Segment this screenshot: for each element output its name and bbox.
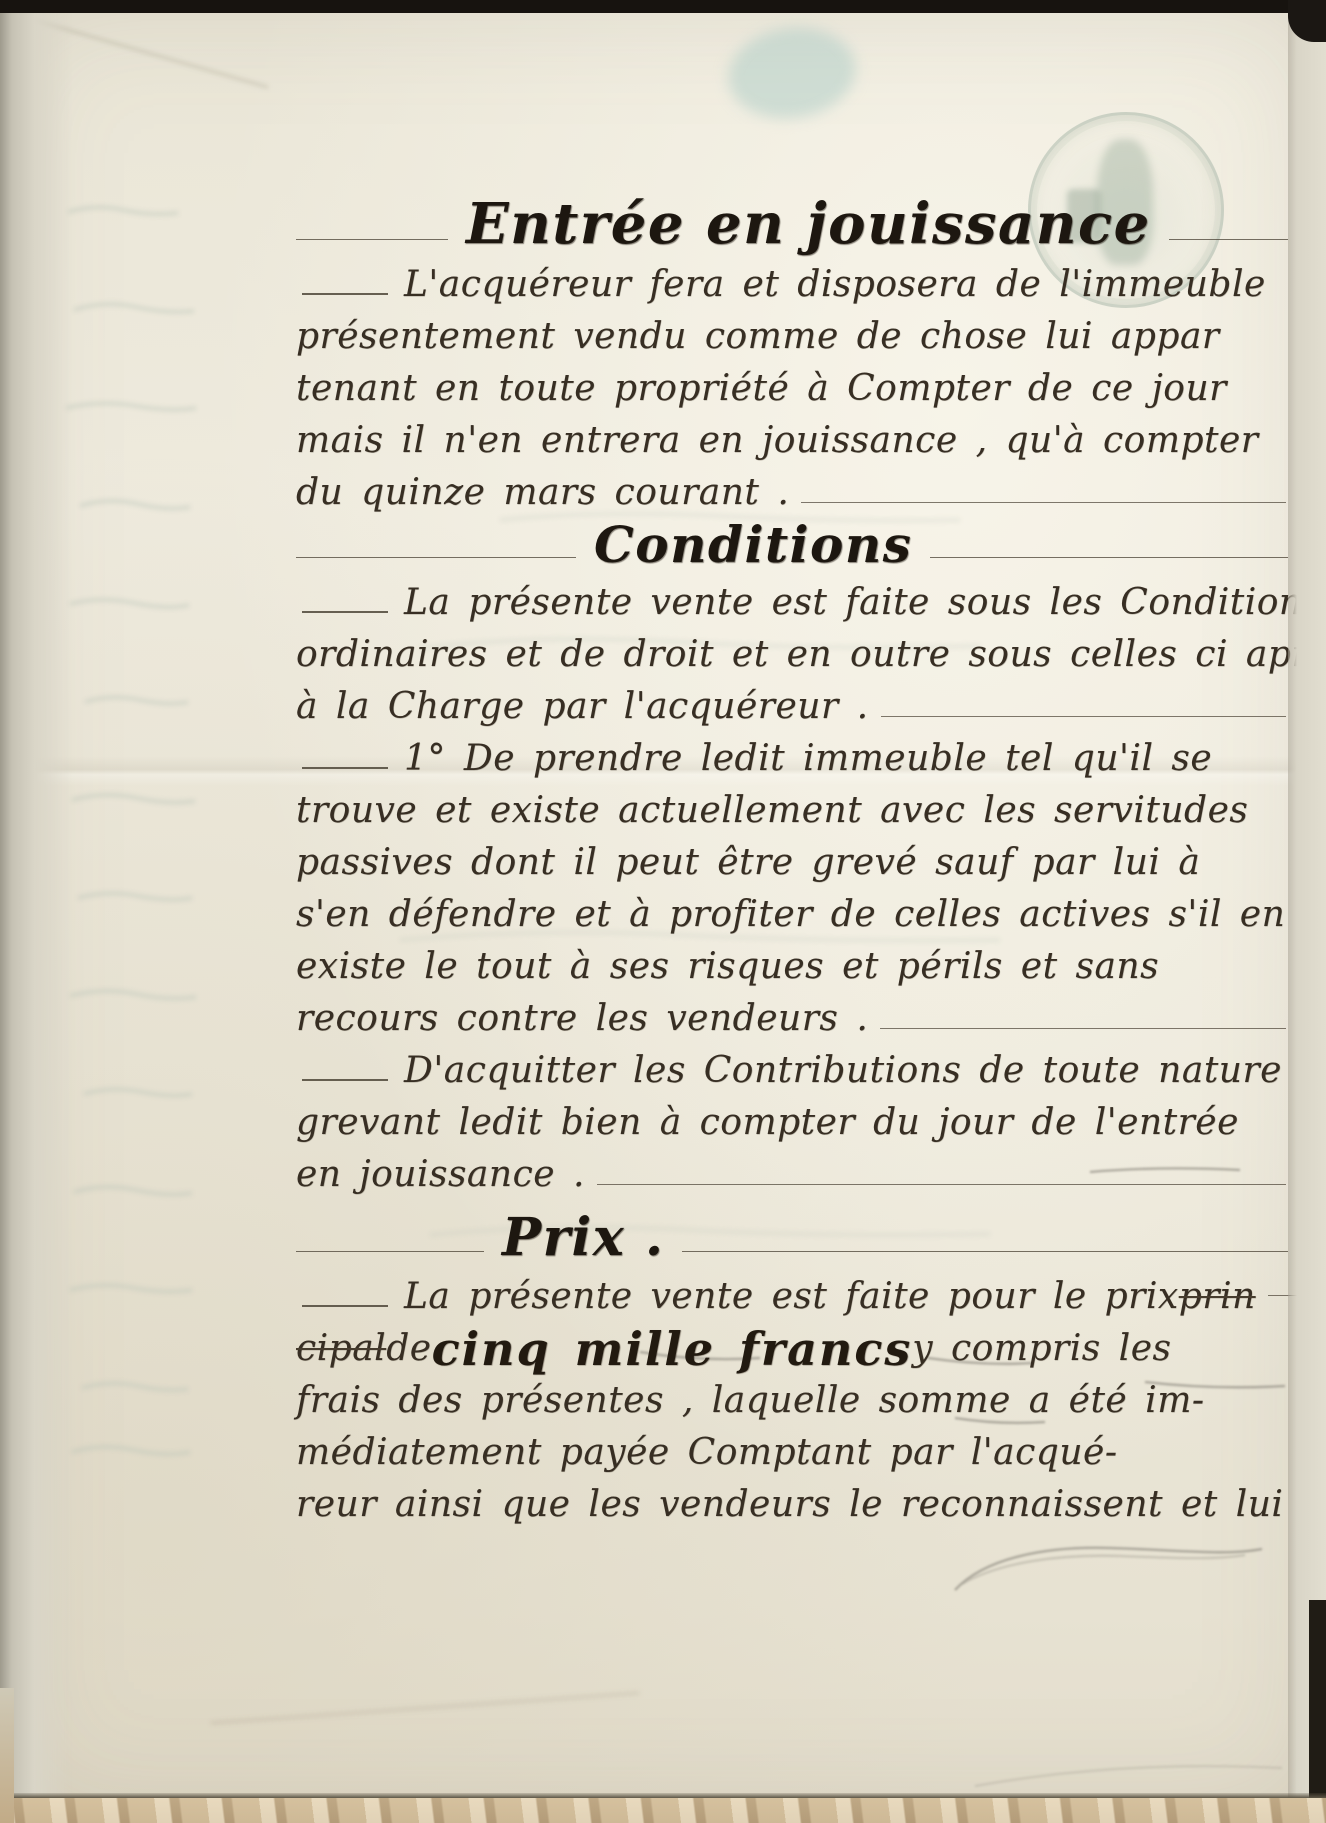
manuscript-line: existe le tout à ses risques et périls e… xyxy=(296,938,1288,990)
manuscript-line: cipal de cinq mille francs y compris les xyxy=(296,1320,1288,1372)
manuscript-line: mais il n'en entrera en jouissance , qu'… xyxy=(296,412,1288,464)
text-segment: cinq mille francs xyxy=(432,1326,913,1372)
page-edge-right xyxy=(1288,0,1326,1823)
text-segment: en jouissance . xyxy=(296,1152,585,1198)
manuscript-line: La présente vente est faite pour le prix… xyxy=(296,1268,1288,1320)
text-segment: y compris les xyxy=(912,1326,1171,1372)
text-segment: grevant ledit bien à compter du jour de … xyxy=(296,1100,1239,1146)
filler-rule xyxy=(880,1028,1286,1029)
text-segment: prin xyxy=(1179,1274,1256,1320)
filler-rule xyxy=(881,716,1286,717)
text-segment: cipal xyxy=(296,1326,386,1372)
text-segment: frais des présentes , laquelle somme a é… xyxy=(296,1378,1205,1424)
manuscript-line: La présente vente est faite sous les Con… xyxy=(296,574,1288,626)
manuscript-line: en jouissance . xyxy=(296,1146,1288,1198)
text-segment: passives dont il peut être grevé sauf pa… xyxy=(296,840,1200,886)
paragraph-dash xyxy=(302,611,388,613)
filler-rule xyxy=(801,502,1286,503)
manuscript-line: ordinaires et de droit et en outre sous … xyxy=(296,626,1288,678)
text-segment: reur ainsi que les vendeurs le reconnais… xyxy=(296,1482,1283,1528)
manuscript-line: frais des présentes , laquelle somme a é… xyxy=(296,1372,1288,1424)
text-segment: présentement vendu comme de chose lui ap… xyxy=(296,314,1220,360)
text-segment: s'en défendre et à profiter de celles ac… xyxy=(296,892,1285,938)
filler-rule xyxy=(597,1184,1286,1185)
manuscript-line: présentement vendu comme de chose lui ap… xyxy=(296,308,1288,360)
manuscript-line: L'acquéreur fera et disposera de l'immeu… xyxy=(296,256,1288,308)
document-body: Entrée en jouissanceL'acquéreur fera et … xyxy=(296,192,1288,1528)
paragraph-dash xyxy=(302,293,388,295)
manuscript-line: tenant en toute propriété à Compter de c… xyxy=(296,360,1288,412)
section-heading: Conditions xyxy=(296,516,1288,574)
text-segment: médiatement payée Comptant par l'acqué- xyxy=(296,1430,1118,1476)
manuscript-line: 1° De prendre ledit immeuble tel qu'il s… xyxy=(296,730,1288,782)
text-segment: du quinze mars courant . xyxy=(296,470,789,516)
paragraph-dash xyxy=(302,1305,388,1307)
manuscript-line: s'en défendre et à profiter de celles ac… xyxy=(296,886,1288,938)
manuscript-line: à la Charge par l'acquéreur . xyxy=(296,678,1288,730)
heading-rule-left xyxy=(296,1251,484,1252)
manuscript-line: recours contre les vendeurs . xyxy=(296,990,1288,1042)
manuscript-line: passives dont il peut être grevé sauf pa… xyxy=(296,834,1288,886)
manuscript-line: du quinze mars courant . xyxy=(296,464,1288,516)
heading-text: Conditions xyxy=(576,520,930,574)
scanner-edge-right-bottom xyxy=(1309,1600,1326,1823)
paragraph-dash xyxy=(302,767,388,769)
heading-text: Entrée en jouissance xyxy=(448,196,1169,256)
paragraph-dash xyxy=(302,1079,388,1081)
text-segment: mais il n'en entrera en jouissance , qu'… xyxy=(296,418,1259,464)
underlying-page-bottom xyxy=(0,1798,1326,1823)
text-segment: L'acquéreur fera et disposera de l'immeu… xyxy=(404,262,1266,308)
text-segment: D'acquitter les Contributions de toute n… xyxy=(404,1048,1282,1094)
section-heading: Prix . xyxy=(296,1198,1288,1268)
scanned-notarial-page: Entrée en jouissanceL'acquéreur fera et … xyxy=(0,0,1326,1823)
text-segment: La présente vente est faite pour le prix xyxy=(404,1274,1179,1320)
text-segment: recours contre les vendeurs . xyxy=(296,996,868,1042)
scanner-edge-top xyxy=(0,0,1326,13)
manuscript-line: médiatement payée Comptant par l'acqué- xyxy=(296,1424,1288,1476)
manuscript-line: grevant ledit bien à compter du jour de … xyxy=(296,1094,1288,1146)
text-segment: trouve et existe actuellement avec les s… xyxy=(296,788,1248,834)
heading-rule-left xyxy=(296,239,448,240)
manuscript-line: trouve et existe actuellement avec les s… xyxy=(296,782,1288,834)
text-segment: tenant en toute propriété à Compter de c… xyxy=(296,366,1227,412)
heading-rule-right xyxy=(930,557,1288,558)
text-segment: à la Charge par l'acquéreur . xyxy=(296,684,869,730)
text-segment: 1° De prendre ledit immeuble tel qu'il s… xyxy=(404,736,1212,782)
text-segment: La présente vente est faite sous les Con… xyxy=(404,580,1322,626)
underlying-page-left-sliver xyxy=(0,1688,14,1823)
text-segment: de xyxy=(386,1326,431,1372)
heading-text: Prix . xyxy=(484,1212,682,1268)
heading-rule-right xyxy=(682,1251,1288,1252)
text-segment: existe le tout à ses risques et périls e… xyxy=(296,944,1159,990)
manuscript-line: D'acquitter les Contributions de toute n… xyxy=(296,1042,1288,1094)
section-heading: Entrée en jouissance xyxy=(296,192,1288,256)
heading-rule-right xyxy=(1169,239,1288,240)
text-segment: ordinaires et de droit et en outre sous … xyxy=(296,632,1326,678)
manuscript-line: reur ainsi que les vendeurs le reconnais… xyxy=(296,1476,1288,1528)
heading-rule-left xyxy=(296,557,576,558)
